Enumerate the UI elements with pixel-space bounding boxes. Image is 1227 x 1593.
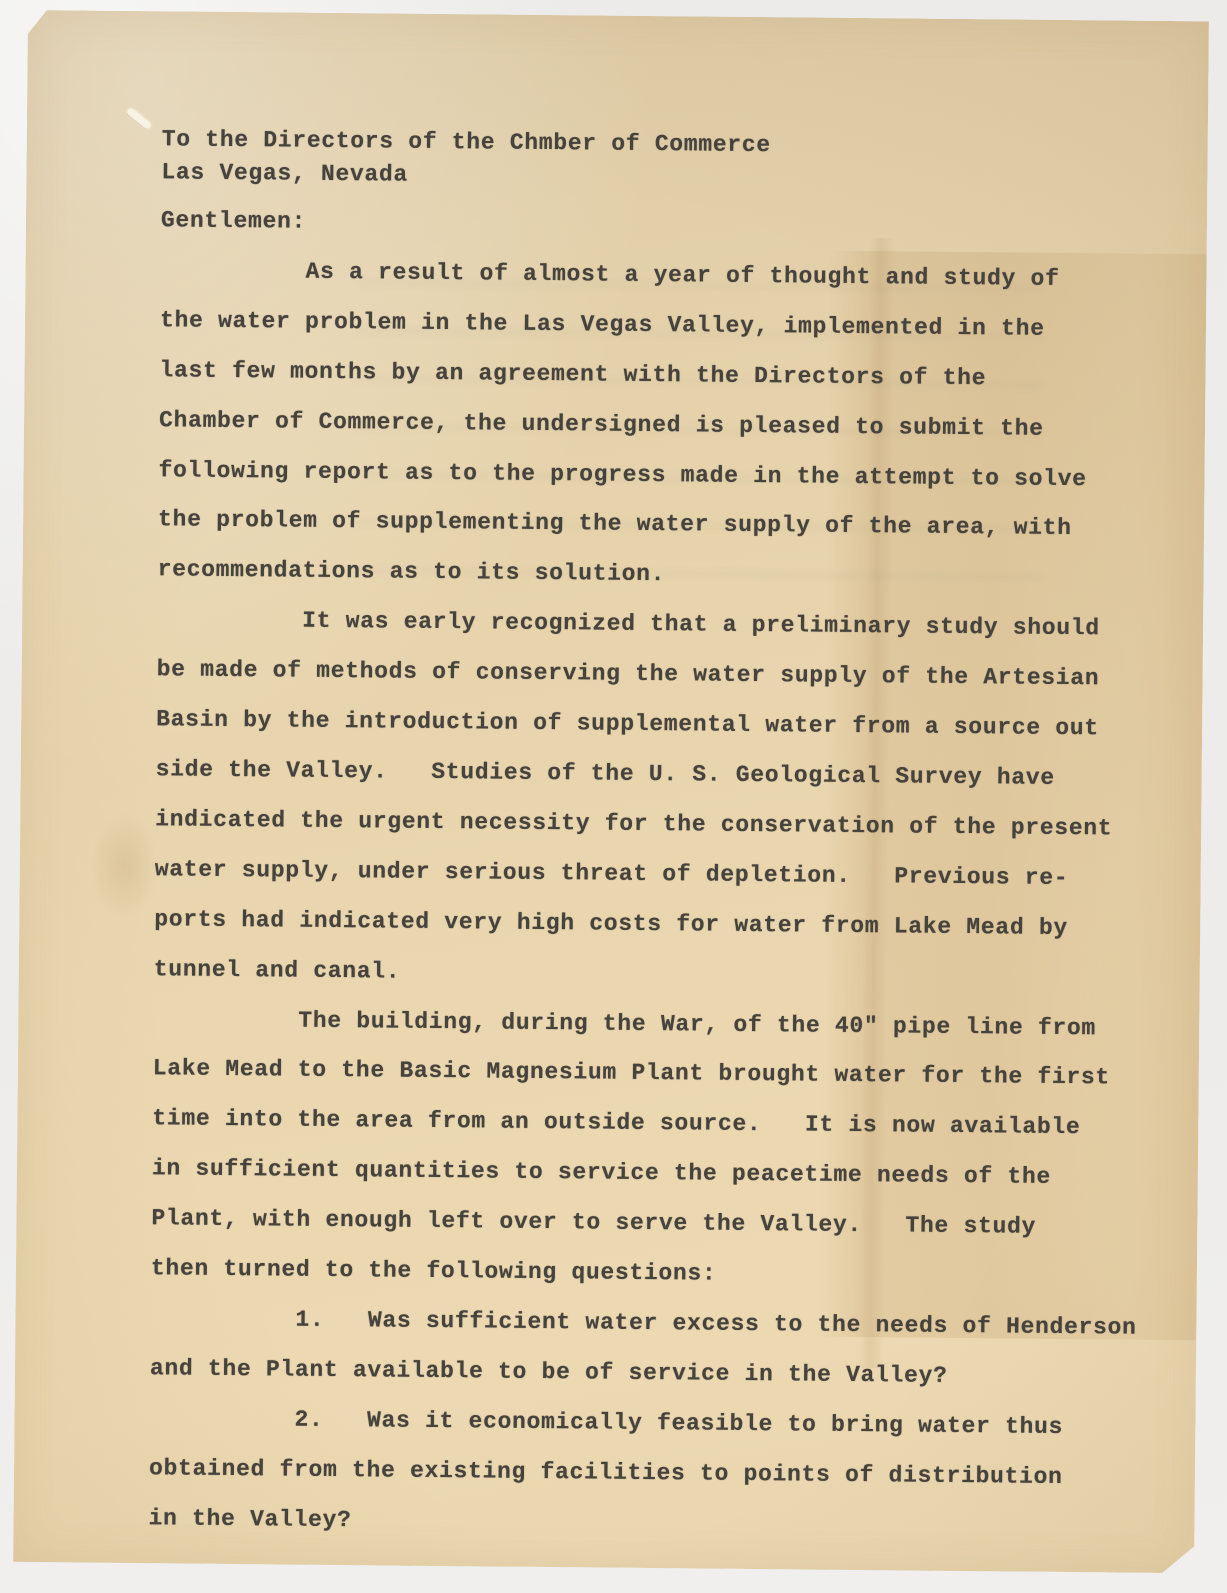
text-line: tunnel and canal. <box>154 945 1169 1005</box>
letter-paragraphs: As a result of almost a year of thought … <box>148 246 1175 1553</box>
letter-content: To the Directors of the Chmber of Commer… <box>148 123 1177 1553</box>
text-line: obtained from the existing facilities to… <box>149 1444 1164 1504</box>
letter-page: To the Directors of the Chmber of Commer… <box>13 10 1209 1573</box>
paper-stain <box>89 811 160 922</box>
paragraph: 2. Was it economically feasible to bring… <box>148 1394 1164 1553</box>
recipient-address: To the Directors of the Chmber of Commer… <box>161 123 1177 199</box>
letter-body: Gentlemen: As a result of almost a year … <box>148 196 1176 1553</box>
paragraph: As a result of almost a year of thought … <box>157 246 1175 605</box>
paragraph: 1. Was sufficient water excess to the ne… <box>150 1294 1166 1404</box>
text-line: ports had indicated very high costs for … <box>154 895 1169 955</box>
text-line: last few months by an agreement with the… <box>159 346 1174 406</box>
text-line: Chamber of Commerce, the undersigned is … <box>159 396 1174 456</box>
text-line: in the Valley? <box>148 1494 1163 1554</box>
text-line: 2. Was it economically feasible to bring… <box>149 1394 1164 1454</box>
paragraph: It was early recognized that a prelimina… <box>154 596 1173 1005</box>
paragraph: The building, during the War, of the 40"… <box>151 995 1169 1304</box>
scan-background: To the Directors of the Chmber of Commer… <box>0 0 1227 1593</box>
paper-scratch <box>126 107 152 130</box>
